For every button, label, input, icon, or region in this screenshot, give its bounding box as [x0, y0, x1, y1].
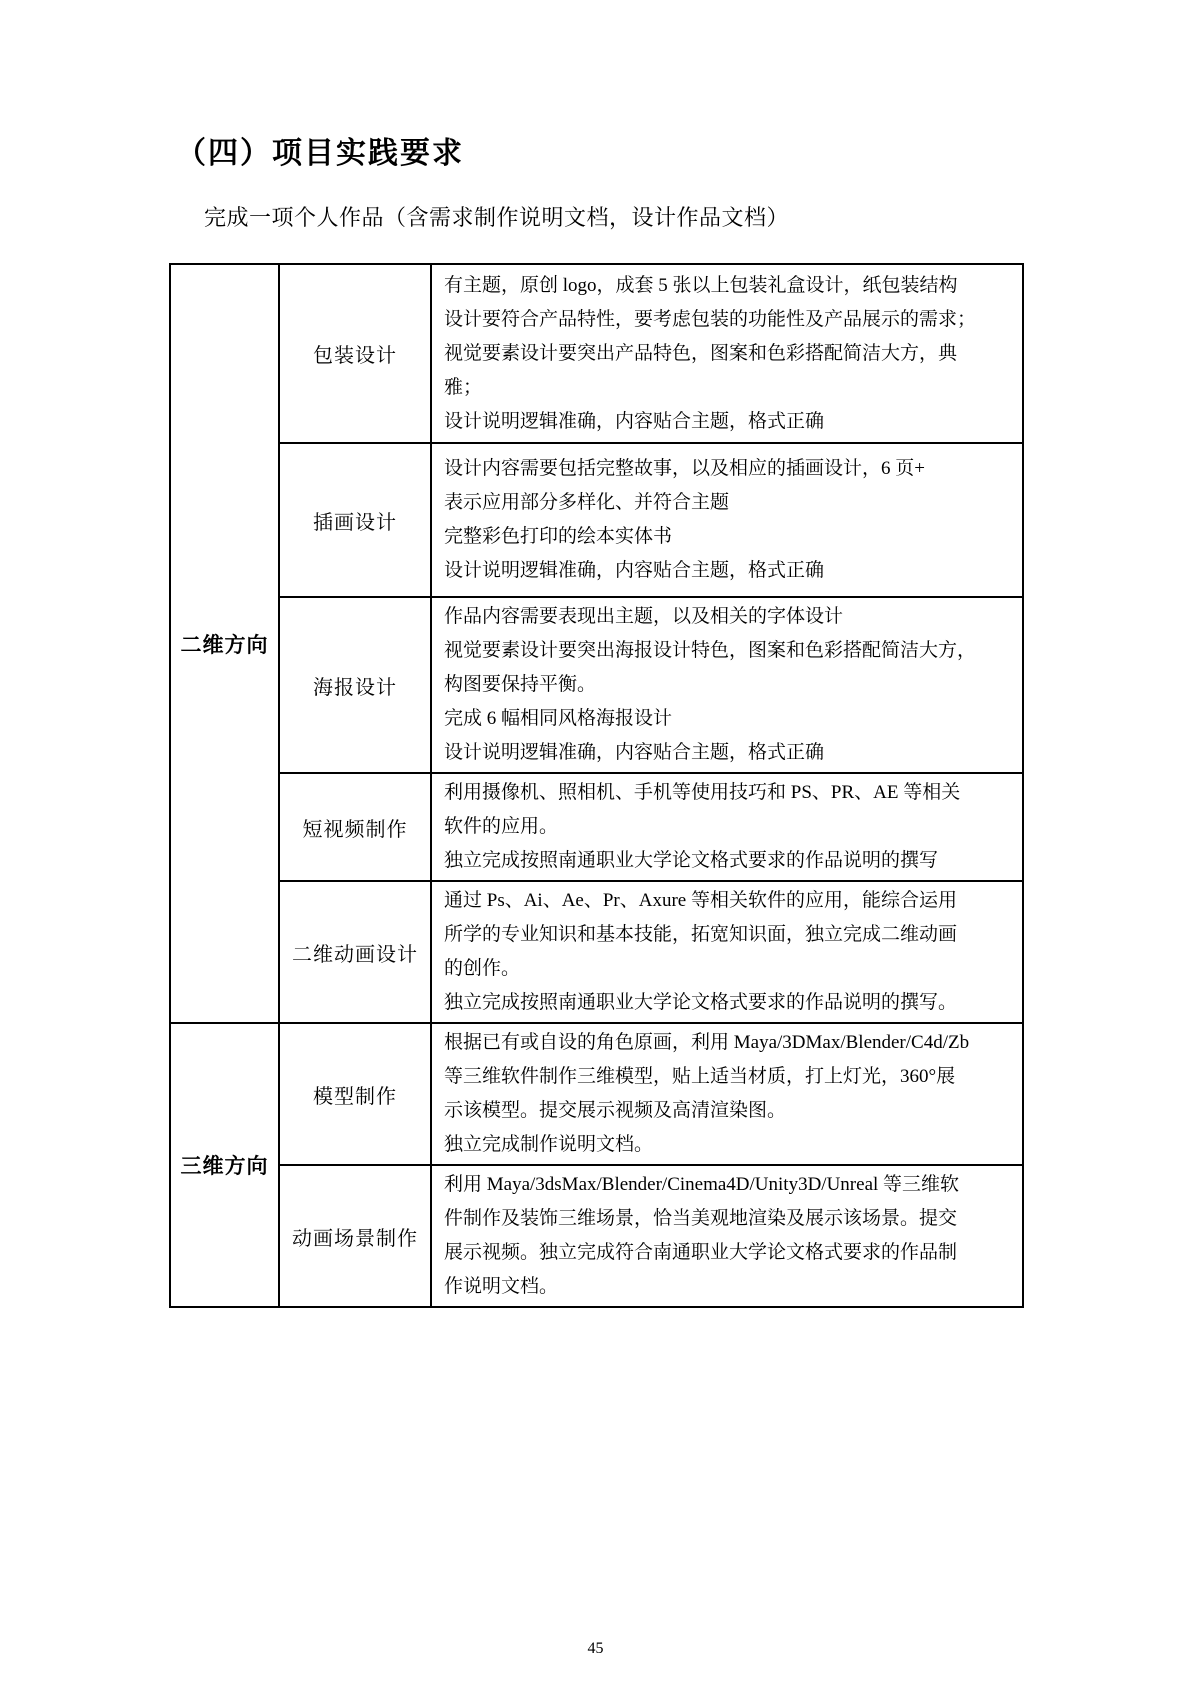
- table-row: 三维方向 模型制作 根据已有或自设的角色原画，利用 Maya/3DMax/Ble…: [170, 1023, 1023, 1165]
- document-page: （四）项目实践要求 完成一项个人作品（含需求制作说明文档，设计作品文档） 二维方…: [0, 0, 1191, 1684]
- table-row: 动画场景制作 利用 Maya/3dsMax/Blender/Cinema4D/U…: [170, 1165, 1023, 1307]
- category-cell-poster: 海报设计: [279, 597, 431, 773]
- requirements-cell-packaging: 有主题，原创 logo，成套 5 张以上包装礼盒设计，纸包装结构 设计要符合产品…: [431, 264, 1023, 443]
- category-cell-illustration: 插画设计: [279, 443, 431, 597]
- section-heading: （四）项目实践要求: [176, 128, 464, 172]
- table-row: 短视频制作 利用摄像机、照相机、手机等使用技巧和 PS、PR、AE 等相关 软件…: [170, 773, 1023, 881]
- requirements-cell-2d-animation: 通过 Ps、Ai、Ae、Pr、Axure 等相关软件的应用，能综合运用 所学的专…: [431, 881, 1023, 1023]
- table-row: 海报设计 作品内容需要表现出主题，以及相关的字体设计 视觉要素设计要突出海报设计…: [170, 597, 1023, 773]
- category-cell-animation-scene: 动画场景制作: [279, 1165, 431, 1307]
- intro-text: 完成一项个人作品（含需求制作说明文档，设计作品文档）: [204, 201, 789, 232]
- requirements-cell-animation-scene: 利用 Maya/3dsMax/Blender/Cinema4D/Unity3D/…: [431, 1165, 1023, 1307]
- direction-cell-3d: 三维方向: [170, 1023, 279, 1307]
- requirements-table: 二维方向 包装设计 有主题，原创 logo，成套 5 张以上包装礼盒设计，纸包装…: [169, 263, 1024, 1308]
- requirements-cell-short-video: 利用摄像机、照相机、手机等使用技巧和 PS、PR、AE 等相关 软件的应用。 独…: [431, 773, 1023, 881]
- direction-cell-2d: 二维方向: [170, 264, 279, 1023]
- category-cell-2d-animation: 二维动画设计: [279, 881, 431, 1023]
- category-cell-packaging: 包装设计: [279, 264, 431, 443]
- category-cell-modeling: 模型制作: [279, 1023, 431, 1165]
- table-row: 二维方向 包装设计 有主题，原创 logo，成套 5 张以上包装礼盒设计，纸包装…: [170, 264, 1023, 443]
- table-row: 二维动画设计 通过 Ps、Ai、Ae、Pr、Axure 等相关软件的应用，能综合…: [170, 881, 1023, 1023]
- requirements-cell-illustration: 设计内容需要包括完整故事，以及相应的插画设计，6 页+ 表示应用部分多样化、并符…: [431, 443, 1023, 597]
- category-cell-short-video: 短视频制作: [279, 773, 431, 881]
- table-row: 插画设计 设计内容需要包括完整故事，以及相应的插画设计，6 页+ 表示应用部分多…: [170, 443, 1023, 597]
- page-number: 45: [0, 1640, 1191, 1658]
- requirements-cell-modeling: 根据已有或自设的角色原画，利用 Maya/3DMax/Blender/C4d/Z…: [431, 1023, 1023, 1165]
- requirements-cell-poster: 作品内容需要表现出主题，以及相关的字体设计 视觉要素设计要突出海报设计特色，图案…: [431, 597, 1023, 773]
